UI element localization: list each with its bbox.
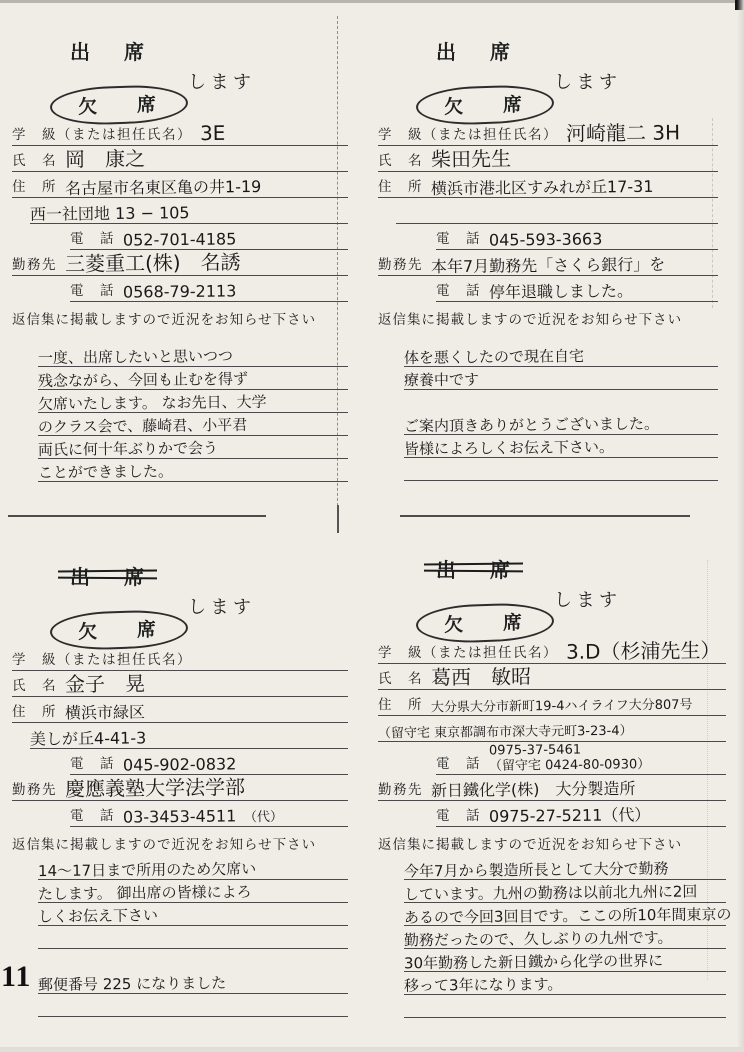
phone-field-row: 電 話 045-593-3663 (436, 226, 718, 250)
address2-value-handwriting: 西一社団地 13 − 105 (30, 204, 190, 224)
class-value-handwriting: 河崎龍二 3H (566, 121, 680, 145)
page-number: 11 (1, 960, 31, 994)
phone-field-row: 電 話 0975-37-5461 （留守宅 0424-80-0930） (436, 744, 726, 775)
class-value-handwriting: 3E (200, 122, 226, 145)
note-line: しくお伝え下さい (38, 903, 348, 926)
phone2-value-handwriting: 0568-79-2113 (123, 282, 237, 302)
note-text: しくお伝え下さい (38, 907, 158, 926)
address-value-handwriting: 横浜市緑区 (65, 703, 145, 722)
phone-value-handwriting: 052-701-4185 (123, 230, 237, 250)
address2-field-row: （留守宅 東京都調布市深大寺元町3-23-4） (378, 718, 726, 742)
absent-circled-label: 欠 席 (415, 84, 555, 127)
address-value-handwriting: 横浜市港北区すみれが丘17-31 (431, 177, 654, 198)
name-field-row: 氏 名 金子 晃 (12, 673, 348, 697)
attendance-header: 出 席 します 欠 席 (378, 30, 718, 122)
scan-edge-top (0, 0, 744, 3)
shimasu-label: します (188, 68, 256, 94)
class-field-row: 学 級（または担任氏名） 3E (12, 122, 348, 146)
note-line: 勤務だったので、久しぶりの九州です。 (404, 926, 726, 949)
note-line-gap (404, 390, 718, 412)
note-line: 体を悪くしたので現在自宅 (404, 344, 718, 367)
address-label: 住 所 (12, 175, 57, 197)
address-label: 住 所 (12, 700, 57, 722)
phone2-field-row: 電 話 0568-79-2113 (70, 278, 348, 302)
note-line: 欠席いたします。 なお先日、大学 (38, 390, 348, 413)
note-line: ことができました。 (38, 459, 348, 482)
employer-field-row: 勤務先 新日鐵化学(株) 大分製造所 (378, 777, 726, 801)
address2-value-handwriting: 美しが丘4-41-3 (30, 729, 146, 749)
phone2-value-handwriting: 03-3453-4511 (123, 807, 237, 827)
attendance-header: 出 席 します 欠 席 (12, 30, 348, 122)
phone2-value-handwriting: 0975-27-5211（代） (489, 807, 651, 827)
address-label: 住 所 (378, 175, 423, 197)
class-label: 学 級（または担任氏名） (12, 648, 192, 670)
note-header: 返信集に掲載しますので近況をお知らせ下さい (378, 833, 726, 853)
shimasu-label: します (554, 68, 622, 94)
employer-label: 勤務先 (12, 778, 57, 800)
attend-label-struck: 出 席 (70, 561, 151, 590)
note-header: 返信集に掲載しますので近況をお知らせ下さい (12, 833, 348, 853)
name-label: 氏 名 (378, 149, 423, 171)
absent-circled-label: 欠 席 (415, 602, 555, 645)
name-field-row: 氏 名 葛西 敏昭 (378, 666, 726, 690)
phone2-value-handwriting: 停年退職しました。 (489, 282, 633, 302)
attend-label: 出 席 (70, 36, 151, 65)
note-line: 30年勤務した新日鐵から化学の世界に (404, 949, 726, 972)
note-text: 14〜17日まで所用のため欠席い (38, 861, 256, 881)
note-line: 療養中です (404, 367, 718, 390)
phone-value-stack: 0975-37-5461 （留守宅 0424-80-0930） (489, 744, 650, 774)
note-line: 移って3年になります。 (404, 972, 726, 995)
note-text: 療養中です (404, 371, 479, 389)
reply-card-bottom-left: 出 席 します 欠 席 学 級（または担任氏名） 氏 名 金子 晃 住 所 横浜… (12, 555, 348, 1017)
address-value-handwriting: 大分県大分市新町19-4ハイライフ大分807号 (431, 699, 693, 717)
reply-card-top-left: 出 席 します 欠 席 学 級（または担任氏名） 3E 氏 名 岡 康之 住 所… (12, 30, 348, 482)
employer-value-handwriting: 本年7月勤務先「さくら銀行」を (431, 255, 665, 276)
note-text: 体を悪くしたので現在自宅 (404, 348, 584, 367)
address-value-handwriting: 名古屋市名東区亀の井1-19 (65, 178, 262, 198)
address2-field-row: 美しが丘4-41-3 (30, 725, 348, 749)
shimasu-label: します (188, 593, 256, 619)
phone2-note-handwriting: （代） (244, 811, 283, 826)
name-field-row: 氏 名 柴田先生 (378, 148, 718, 172)
note-area: 14〜17日まで所用のため欠席い たします。 御出席の皆様によろ しくお伝え下さ… (12, 853, 348, 1017)
note-line: たします。 御出席の皆様によろ (38, 880, 348, 903)
scan-edge-bottom (0, 1047, 744, 1052)
note-line-blank (38, 926, 348, 949)
note-text: あるので今回3回目です。ここの所10年間東京の (404, 906, 732, 927)
address-field-row: 住 所 横浜市緑区 (12, 699, 348, 723)
address-field-row: 住 所 横浜市港北区すみれが丘17-31 (378, 174, 718, 198)
address2-field-row: 西一社団地 13 − 105 (30, 200, 348, 224)
employer-value-handwriting: 三菱重工(株) 名誘 (65, 251, 241, 276)
class-label: 学 級（または担任氏名） (378, 641, 558, 663)
note-text: 30年勤務した新日鐵から化学の世界に (404, 952, 663, 972)
name-value-handwriting: 葛西 敏昭 (431, 665, 531, 689)
name-value-handwriting: 柴田先生 (431, 148, 511, 172)
phone2-label: 電 話 (70, 804, 115, 826)
note-text: 皆様によろしくお伝え下さい。 (404, 439, 614, 458)
phone-label: 電 話 (70, 752, 115, 774)
note-line-blank (404, 458, 718, 481)
note-line-gap (38, 949, 348, 971)
note-header: 返信集に掲載しますので近況をお知らせ下さい (378, 308, 718, 328)
note-area: 今年7月から製造所長として大分で勤務 しています。九州の勤務は以前北九州に2回 … (378, 853, 726, 1018)
attend-label-struck: 出 席 (436, 554, 517, 583)
phone2-label: 電 話 (436, 804, 481, 826)
note-line: あるので今回3回目です。ここの所10年間東京の (404, 903, 726, 926)
card-cut-line-tail (337, 505, 339, 533)
note-text: しています。九州の勤務は以前北九州に2回 (404, 883, 698, 903)
phone-value-handwriting: 045-902-0832 (123, 755, 237, 775)
note-line: のクラス会で、藤崎君、小平君 (38, 413, 348, 436)
note-header: 返信集に掲載しますので近況をお知らせ下さい (12, 308, 348, 328)
phone-label: 電 話 (436, 752, 481, 774)
note-line: 14〜17日まで所用のため欠席い (38, 857, 348, 880)
employer-label: 勤務先 (378, 253, 423, 275)
phone2-field-row: 電 話 停年退職しました。 (436, 278, 718, 302)
employer-value-handwriting: 新日鐵化学(株) 大分製造所 (431, 780, 636, 801)
note-area: 体を悪くしたので現在自宅 療養中です ご案内頂きありがとうございました。 皆様に… (378, 328, 718, 481)
name-label: 氏 名 (12, 149, 57, 171)
class-label: 学 級（または担任氏名） (378, 123, 558, 145)
attendance-header: 出 席 します 欠 席 (378, 548, 726, 640)
class-field-row: 学 級（または担任氏名） (12, 647, 348, 671)
phone2-label: 電 話 (70, 279, 115, 301)
absent-circled-label: 欠 席 (49, 609, 189, 652)
note-text: 一度、出席したいと思いつつ (38, 348, 233, 367)
note-line: 皆様によろしくお伝え下さい。 (404, 435, 718, 458)
address2-value-handwriting: （留守宅 東京都調布市深大寺元町3-23-4） (378, 725, 633, 743)
phone-value-handwriting: 045-593-3663 (489, 230, 603, 250)
name-field-row: 氏 名 岡 康之 (12, 148, 348, 172)
employer-field-row: 勤務先 本年7月勤務先「さくら銀行」を (378, 252, 718, 276)
note-text: ご案内頂きありがとうございました。 (404, 415, 659, 435)
class-label: 学 級（または担任氏名） (12, 123, 192, 145)
attend-label: 出 席 (436, 36, 517, 65)
note-text: 欠席いたします。 なお先日、大学 (38, 394, 267, 414)
address-field-row: 住 所 名古屋市名東区亀の井1-19 (12, 174, 348, 198)
class-value-handwriting: 3.D（杉浦先生） (566, 639, 721, 664)
employer-field-row: 勤務先 三菱重工(株) 名誘 (12, 252, 348, 276)
note-line: 今年7月から製造所長として大分で勤務 (404, 857, 726, 880)
note-line: ご案内頂きありがとうございました。 (404, 412, 718, 435)
employer-label: 勤務先 (12, 253, 57, 275)
reply-card-top-right: 出 席 します 欠 席 学 級（または担任氏名） 河崎龍二 3H 氏 名 柴田先… (378, 30, 718, 481)
phone-label: 電 話 (436, 227, 481, 249)
phone2-field-row: 電 話 0975-27-5211（代） (436, 803, 726, 827)
name-value-handwriting: 岡 康之 (65, 148, 145, 172)
employer-field-row: 勤務先 慶應義塾大学法学部 (12, 777, 348, 801)
note-text: 移って3年になります。 (404, 976, 563, 995)
note-text: 残念ながら、今回も止むを得ず (38, 371, 248, 390)
scan-edge-right (737, 0, 744, 1052)
attendance-header: 出 席 します 欠 席 (12, 555, 348, 647)
note-line: 郵便番号 225 になりました (38, 971, 348, 994)
class-field-row: 学 級（または担任氏名） 3.D（杉浦先生） (378, 640, 726, 664)
note-line-blank (38, 994, 348, 1017)
absent-circled-label: 欠 席 (49, 84, 189, 127)
address-field-row: 住 所 大分県大分市新町19-4ハイライフ大分807号 (378, 692, 726, 716)
note-text: 両氏に何十年ぶりかで会う (38, 440, 218, 459)
phone2-field-row: 電 話 03-3453-4511 （代） (70, 803, 348, 827)
employer-label: 勤務先 (378, 778, 423, 800)
shimasu-label: します (554, 586, 622, 612)
note-line: 両氏に何十年ぶりかで会う (38, 436, 348, 459)
phone-note-handwriting: （留守宅 0424-80-0930） (489, 758, 650, 775)
card-cut-line-horizontal-left (8, 515, 266, 517)
note-text: 今年7月から製造所長として大分で勤務 (404, 860, 669, 880)
address2-field-row (396, 200, 718, 224)
note-text: たします。 御出席の皆様によろ (38, 884, 252, 903)
name-label: 氏 名 (12, 674, 57, 696)
class-field-row: 学 級（または担任氏名） 河崎龍二 3H (378, 122, 718, 146)
note-text: ことができました。 (38, 463, 173, 482)
note-area: 一度、出席したいと思いつつ 残念ながら、今回も止むを得ず 欠席いたします。 なお… (12, 328, 348, 482)
name-label: 氏 名 (378, 667, 423, 689)
card-cut-line-horizontal-right (400, 515, 690, 517)
phone2-label: 電 話 (436, 279, 481, 301)
phone-field-row: 電 話 052-701-4185 (70, 226, 348, 250)
phone-field-row: 電 話 045-902-0832 (70, 751, 348, 775)
note-text: のクラス会で、藤崎君、小平君 (38, 417, 247, 436)
employer-value-handwriting: 慶應義塾大学法学部 (65, 776, 245, 801)
name-value-handwriting: 金子 晃 (65, 673, 145, 697)
address-label: 住 所 (378, 693, 423, 715)
note-line: 残念ながら、今回も止むを得ず (38, 367, 348, 390)
reply-card-bottom-right: 出 席 します 欠 席 学 級（または担任氏名） 3.D（杉浦先生） 氏 名 葛… (378, 548, 726, 1018)
note-line: 一度、出席したいと思いつつ (38, 344, 348, 367)
phone-label: 電 話 (70, 227, 115, 249)
note-text: 郵便番号 225 になりました (38, 975, 226, 994)
note-line: しています。九州の勤務は以前北九州に2回 (404, 880, 726, 903)
note-text: 勤務だったので、久しぶりの九州です。 (404, 929, 673, 949)
note-line-blank (404, 995, 726, 1018)
